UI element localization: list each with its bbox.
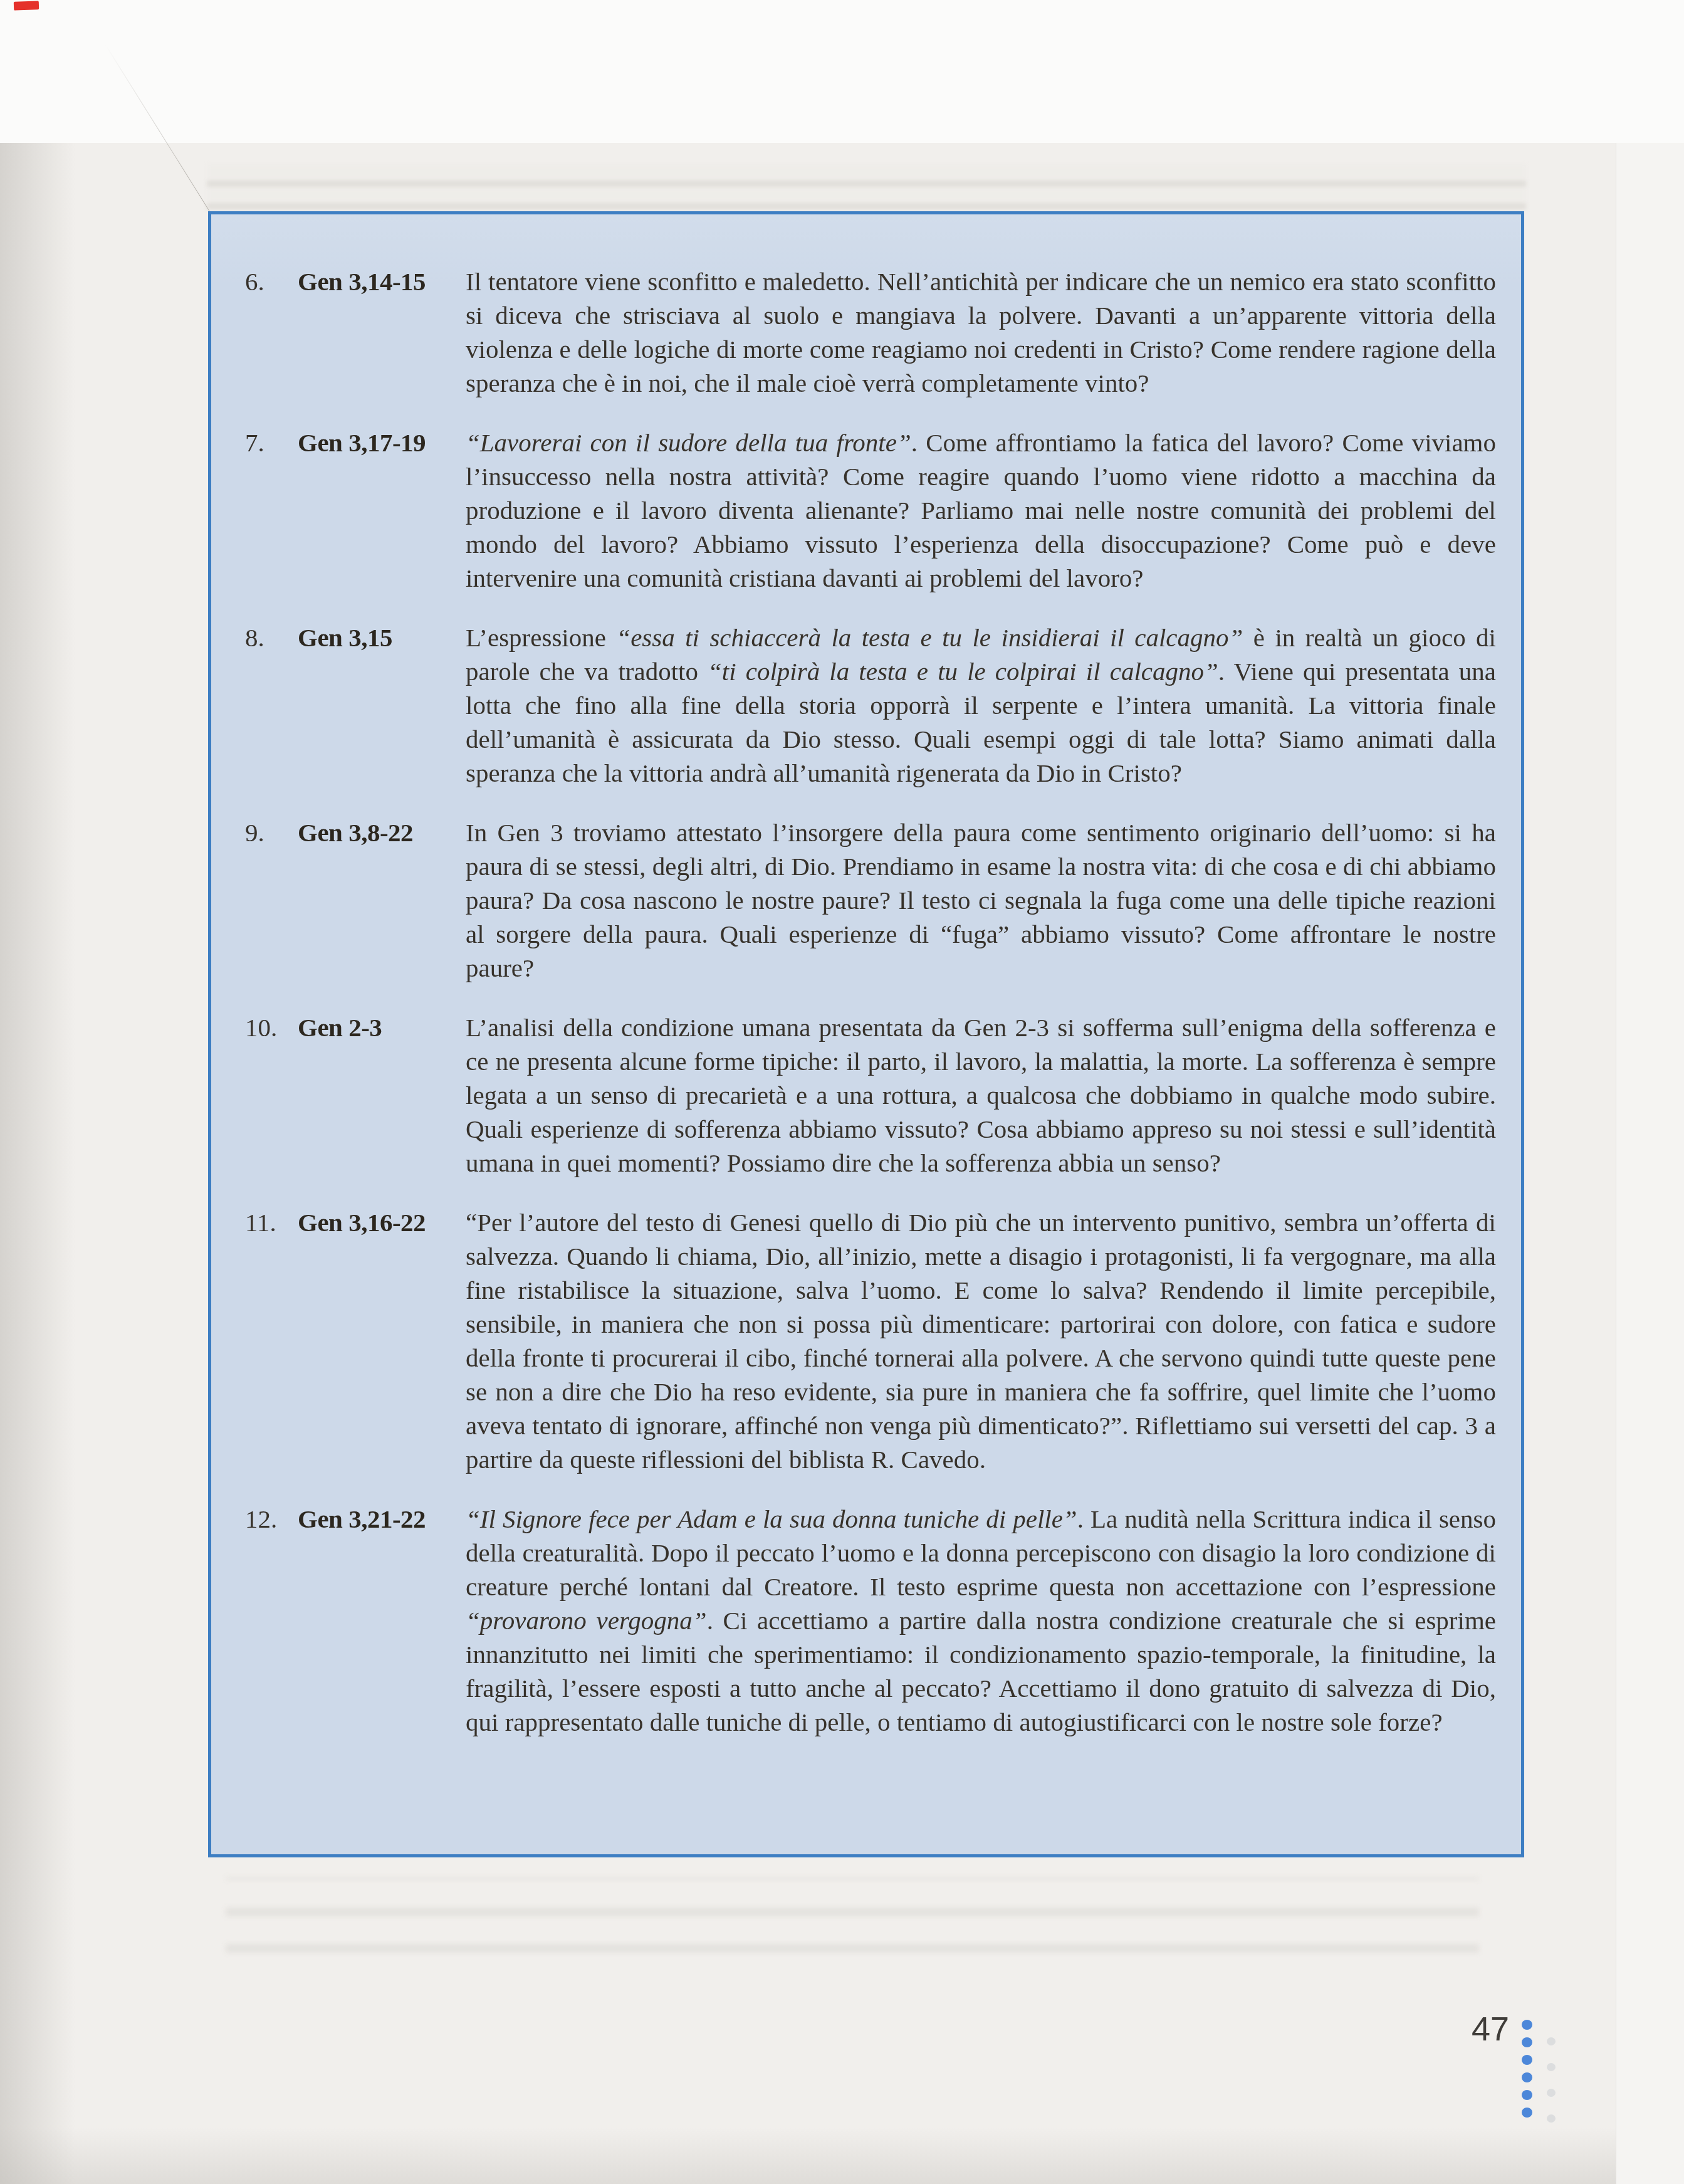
bleed-through-ghost-top [207,164,1526,209]
question-entry: 10.Gen 2-3 L’analisi della condizione um… [245,1011,1496,1180]
ghost-dot [1547,2114,1556,2123]
entry-text: L’espressione “essa ti schiaccerà la tes… [466,621,1496,790]
page-number: 47 [1453,2010,1509,2049]
entry-text: “Per l’autore del testo di Genesi quello… [466,1205,1496,1476]
question-box: 6.Gen 3,14-15 Il tentatore viene sconfit… [208,211,1524,1857]
entry-reference: 6.Gen 3,14-15 [245,265,466,298]
entry-gen-ref: Gen 2-3 [298,1013,382,1042]
entry-reference: 8.Gen 3,15 [245,621,466,654]
entry-reference: 12.Gen 3,21-22 [245,1502,466,1536]
question-entry: 6.Gen 3,14-15 Il tentatore viene sconfit… [245,265,1496,400]
entry-gen-ref: Gen 3,15 [298,623,392,652]
question-entry: 7.Gen 3,17-19 “Lavorerai con il sudore d… [245,426,1496,595]
blue-dots-column [1522,2020,1532,2118]
entry-reference: 11.Gen 3,16-22 [245,1205,466,1239]
question-entry: 11.Gen 3,16-22 “Per l’autore del testo d… [245,1205,1496,1476]
scanned-page: 6.Gen 3,14-15 Il tentatore viene sconfit… [0,0,1684,2184]
entry-text: Il tentatore viene sconfitto e maledetto… [466,265,1496,400]
entry-reference: 10.Gen 2-3 [245,1011,466,1044]
entry-number: 9. [245,816,298,849]
paper-right-edge [1616,143,1684,2184]
bleed-through-ghost-bottom [226,1877,1479,1953]
entry-number: 7. [245,426,298,459]
question-entry: 9.Gen 3,8-22 In Gen 3 troviamo attestato… [245,816,1496,985]
entry-number: 12. [245,1502,298,1536]
ghost-dot [1547,2063,1556,2071]
entry-number: 8. [245,621,298,654]
entry-reference: 7.Gen 3,17-19 [245,426,466,459]
entry-number: 10. [245,1011,298,1044]
ghost-dots-column [1547,2037,1556,2123]
blue-dot [1522,2055,1532,2065]
entry-number: 6. [245,265,298,298]
ghost-dot [1547,2089,1556,2097]
entry-text: In Gen 3 troviamo attestato l’insorgere … [466,816,1496,985]
blue-dot [1522,2020,1532,2030]
entry-text: “Il Signore fece per Adam e la sua donna… [466,1502,1496,1739]
entry-gen-ref: Gen 3,16-22 [298,1208,426,1237]
question-entry: 8.Gen 3,15 L’espressione “essa ti schiac… [245,621,1496,790]
blue-dot [1522,2108,1532,2118]
entry-gen-ref: Gen 3,8-22 [298,818,413,847]
entry-text: “Lavorerai con il sudore della tua front… [466,426,1496,595]
entry-reference: 9.Gen 3,8-22 [245,816,466,849]
entry-text: L’analisi della condizione umana present… [466,1011,1496,1180]
entry-gen-ref: Gen 3,17-19 [298,428,426,457]
scan-white-band [0,0,1684,143]
blue-dot [1522,2090,1532,2100]
red-scan-mark [14,1,39,10]
entry-gen-ref: Gen 3,21-22 [298,1504,426,1533]
blue-dot [1522,2072,1532,2082]
blue-dot [1522,2037,1532,2047]
entry-gen-ref: Gen 3,14-15 [298,267,426,296]
entry-number: 11. [245,1205,298,1239]
ghost-dot [1547,2037,1556,2045]
question-entry: 12.Gen 3,21-22 “Il Signore fece per Adam… [245,1502,1496,1739]
